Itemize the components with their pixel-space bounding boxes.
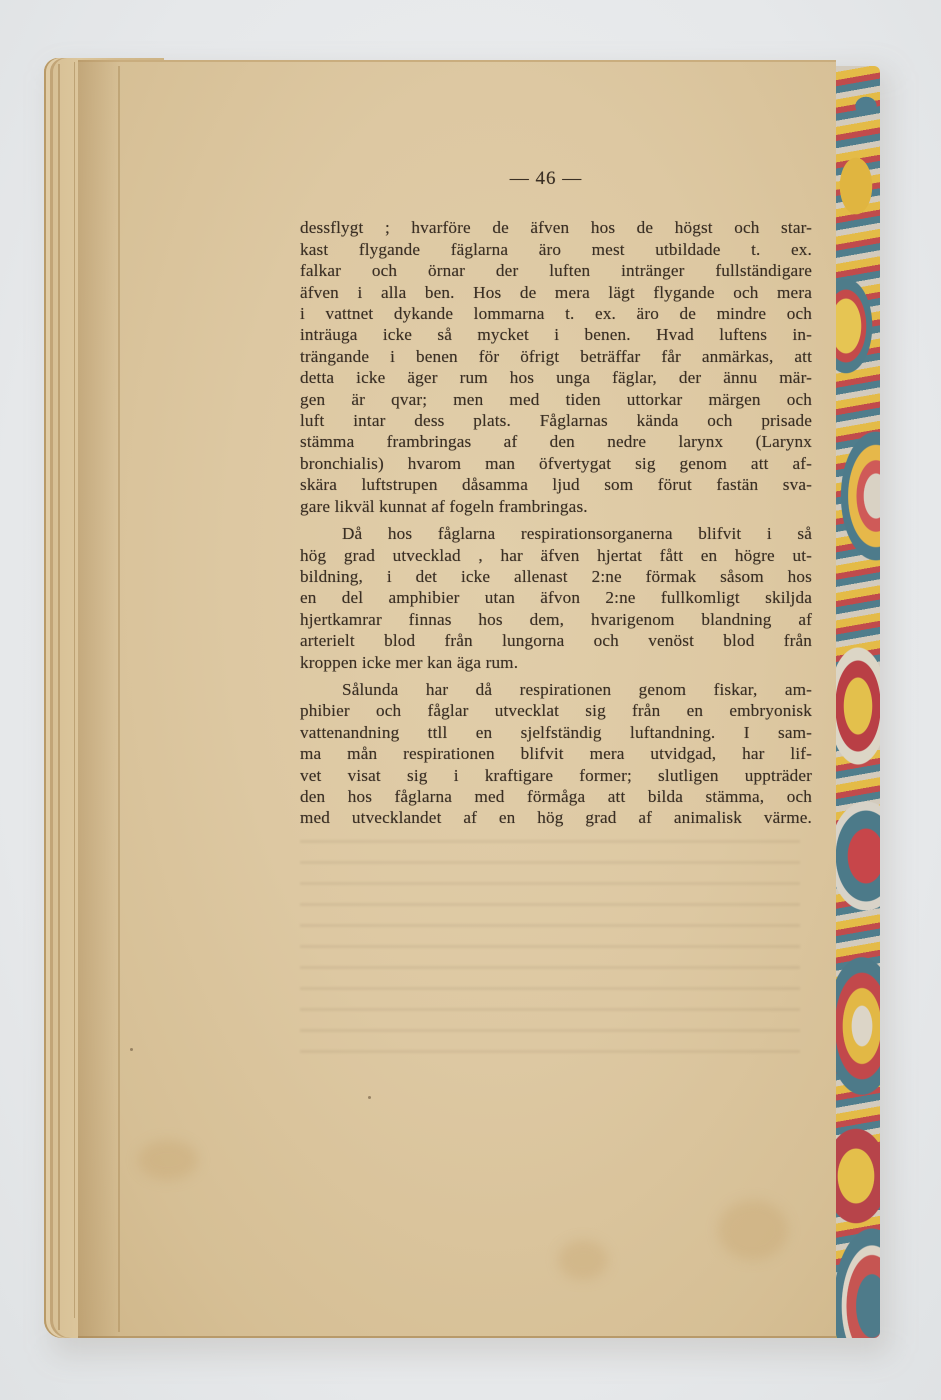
text-line: äfven i alla ben. Hos de mera lägt flyga… — [300, 282, 812, 303]
text-line: arterielt blod från lungorna och venöst … — [300, 630, 812, 651]
text-line: inträuga icke så mycket i benen. Hvad lu… — [300, 324, 812, 345]
text-line: skära luftstrupen dåsamma ljud som förut… — [300, 474, 812, 495]
text-line: hjertkamrar finnas hos dem, hvarigenom b… — [300, 609, 812, 630]
text-line: Då hos fåglarna respirationsorganerna bl… — [300, 523, 812, 544]
gutter-fold — [118, 66, 120, 1332]
text-line: luft intar dess plats. Fåglarnas kända o… — [300, 410, 812, 431]
text-line: vet visat sig i kraftigare former; slutl… — [300, 765, 812, 786]
page-text: — 46 — dessflygt ; hvarföre de äfven hos… — [300, 160, 812, 835]
text-line: gare likväl kunnat af fogeln frambringas… — [300, 496, 812, 517]
page-number: — 46 — — [280, 168, 812, 189]
text-line: Sålunda har då respirationen genom fiska… — [300, 679, 812, 700]
text-line: hög grad utvecklad , har äfven hjertat f… — [300, 545, 812, 566]
text-line: detta icke äger rum hos unga fäglar, der… — [300, 367, 812, 388]
text-line: trängande i benen för öfrigt beträffar f… — [300, 346, 812, 367]
text-line: gen är qvar; men med tiden uttorkar märg… — [300, 389, 812, 410]
paper-speck — [130, 1048, 133, 1051]
paragraph-2: Då hos fåglarna respirationsorganerna bl… — [300, 523, 812, 673]
text-line: kast flygande fäglarna äro mest utbildad… — [300, 239, 812, 260]
text-line: falkar och örnar der luften intränger fu… — [300, 260, 812, 281]
text-line: bronchialis) hvarom man öfvertygat sig g… — [300, 453, 812, 474]
text-line: med utvecklandet af en hög grad af anima… — [300, 807, 812, 828]
paragraph-3: Sålunda har då respirationen genom fiska… — [300, 679, 812, 829]
text-line: dessflygt ; hvarföre de äfven hos de hög… — [300, 217, 812, 238]
paper-stain — [558, 1240, 608, 1280]
paper-stain — [138, 1140, 198, 1180]
paragraph-1: dessflygt ; hvarföre de äfven hos de hög… — [300, 217, 812, 517]
text-line: phibier och fåglar utvecklat sig från en… — [300, 700, 812, 721]
text-line: stämma frambringas af den nedre larynx (… — [300, 431, 812, 452]
text-line: kroppen icke mer kan äga rum. — [300, 652, 812, 673]
text-line: ma mån respirationen blifvit mera utvidg… — [300, 743, 812, 764]
text-line: den hos fåglarna med förmåga att bilda s… — [300, 786, 812, 807]
text-line: bildning, i det icke allenast 2:ne förma… — [300, 566, 812, 587]
bleed-through-text — [300, 840, 800, 1070]
paper-stain — [718, 1200, 788, 1260]
marbled-fore-edge — [836, 66, 880, 1338]
text-line: vattenandning ttll en sjelfständig lufta… — [300, 722, 812, 743]
text-line: en del amphibier utan äfvon 2:ne fullkom… — [300, 587, 812, 608]
paper-speck — [368, 1096, 371, 1099]
text-line: i vattnet dykande lommarna t. ex. äro de… — [300, 303, 812, 324]
